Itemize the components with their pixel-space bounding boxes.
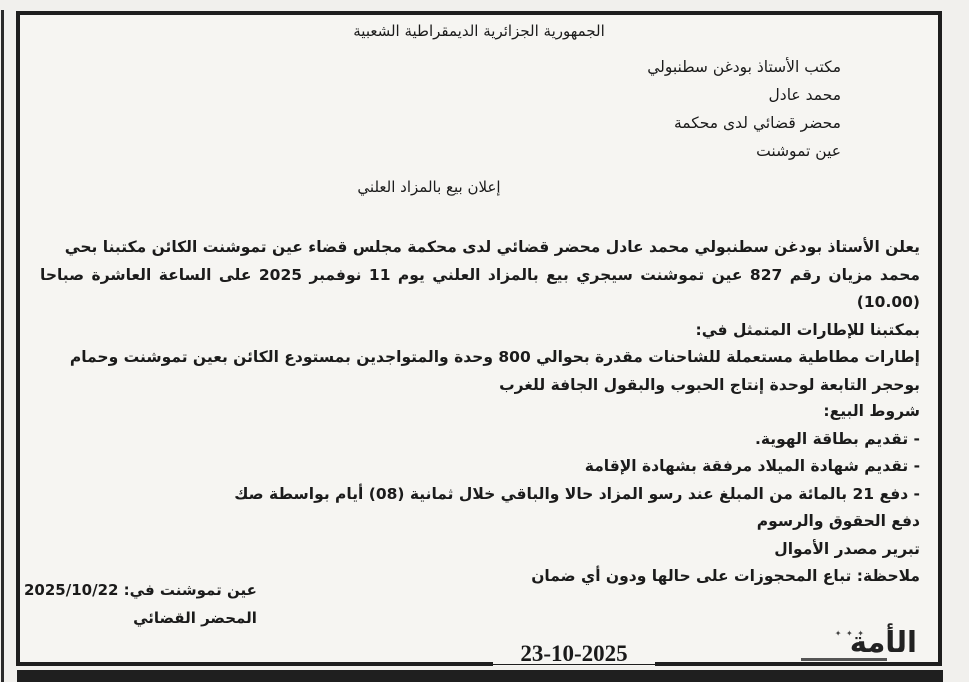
body-line: إطارات مطاطية مستعملة للشاحنات مقدرة بحو…: [40, 344, 920, 372]
body-line: بمكتبنا للإطارات المتمثل في:: [40, 317, 920, 345]
condition-item: - تقديم بطاقة الهوية.: [234, 426, 920, 454]
body-line: يعلن الأستاذ بودغن سطنبولي محمد عادل محض…: [40, 234, 920, 262]
body-line: محمد مزيان رقم 827 عين تموشنت سيجري بيع …: [40, 262, 920, 317]
condition-note: ملاحظة: تباع المحجوزات على حالها ودون أي…: [234, 563, 920, 591]
place-date: عين تموشنت في: 2025/10/22: [24, 576, 257, 604]
notice-content: الجمهورية الجزائرية الديمقراطية الشعبية …: [20, 15, 938, 662]
column-divider-rule: [1, 668, 4, 682]
signer-title: المحضر القضائي: [24, 604, 257, 632]
column-divider-rule: [1, 10, 4, 682]
office-line: عين تموشنت: [647, 137, 841, 165]
republic-heading: الجمهورية الجزائرية الديمقراطية الشعبية: [20, 22, 938, 40]
condition-item: تبرير مصدر الأموال: [234, 536, 920, 564]
notice-body: يعلن الأستاذ بودغن سطنبولي محمد عادل محض…: [40, 234, 920, 399]
legal-notice-box: الجمهورية الجزائرية الديمقراطية الشعبية …: [16, 11, 942, 666]
condition-item: - تقديم شهادة الميلاد مرفقة بشهادة الإقا…: [234, 453, 920, 481]
office-line: محمد عادل: [647, 81, 841, 109]
date-underline: [490, 664, 662, 665]
office-line: مكتب الأستاذ بودغن سطنبولي: [647, 53, 841, 81]
logo-text: الأمة: [850, 625, 917, 659]
logo-tagline-bar: [801, 658, 887, 661]
sale-conditions: شروط البيع: - تقديم بطاقة الهوية. - تقدي…: [234, 398, 920, 591]
bailiff-office-block: مكتب الأستاذ بودغن سطنبولي محمد عادل محض…: [647, 53, 841, 165]
publication-date: 23-10-2025: [493, 640, 655, 666]
office-line: محضر قضائي لدى محكمة: [647, 109, 841, 137]
condition-item: دفع الحقوق والرسوم: [234, 508, 920, 536]
body-line: بوحجر التابعة لوحدة إنتاج الحبوب والبقول…: [40, 372, 920, 400]
newspaper-logo: ✦ ✦ ✦ الأمة: [792, 629, 917, 661]
next-notice-border: [17, 668, 943, 682]
notice-title: إعلان بيع بالمزاد العلني: [20, 178, 938, 196]
condition-item: - دفع 21 بالمائة من المبلغ عند رسو المزا…: [234, 481, 920, 509]
conditions-title: شروط البيع:: [234, 398, 920, 426]
signature-block: عين تموشنت في: 2025/10/22 المحضر القضائي: [24, 576, 257, 632]
